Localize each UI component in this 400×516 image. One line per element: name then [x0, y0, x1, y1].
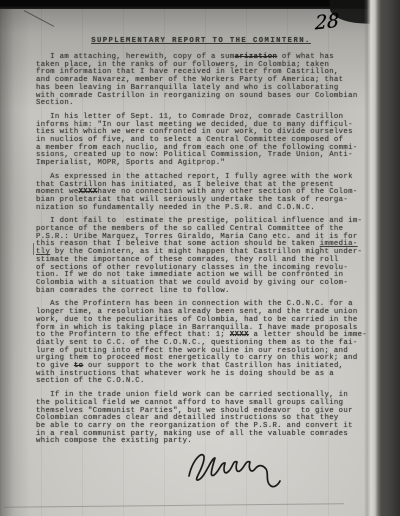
- scanned-document-page: 28 SUPPLEMENTARY REPORT TO THE COMINTERN…: [0, 0, 400, 516]
- paragraph: If in the trade union field work can be …: [36, 392, 366, 446]
- paragraph: As expressed in the attached report, I f…: [36, 174, 366, 213]
- text-line: section of the C.O.N.C.: [36, 378, 366, 386]
- text-line: with comrade Castrillon in reorganizing …: [36, 93, 366, 101]
- paper-crease-line: [4, 503, 344, 508]
- text-line: Imperialist, MOPR, Sports and Agitprop.": [36, 160, 366, 168]
- page-number-handwritten: 28: [315, 10, 340, 35]
- typed-document: SUPPLEMENTARY REPORT TO THE COMINTERN. I…: [36, 37, 366, 452]
- text-line: nization so fundamentally needed in the …: [36, 205, 366, 213]
- text-line: bian comrades the correct line to follow…: [36, 288, 366, 296]
- document-body: I am attaching, herewith, copy of a suma…: [36, 54, 366, 446]
- signature-scrawl-icon: [183, 445, 287, 493]
- document-title: SUPPLEMENTARY REPORT TO THE COMINTERN.: [36, 37, 366, 46]
- scan-right-edge: [364, 0, 400, 516]
- paper-crease-mark: [24, 10, 54, 27]
- margin-pencil-mark: [33, 243, 34, 255]
- paragraph: I am attaching, herewith, copy of a suma…: [36, 54, 366, 108]
- text-line: Section.: [36, 100, 366, 108]
- paragraph: As the Profintern has been in connection…: [36, 301, 366, 386]
- paragraph: I dont fail to estimate the prestige, po…: [36, 218, 366, 295]
- paragraph: In his letter of Sept. 11, to Comrade Dr…: [36, 114, 366, 168]
- handwritten-signature: [183, 445, 287, 498]
